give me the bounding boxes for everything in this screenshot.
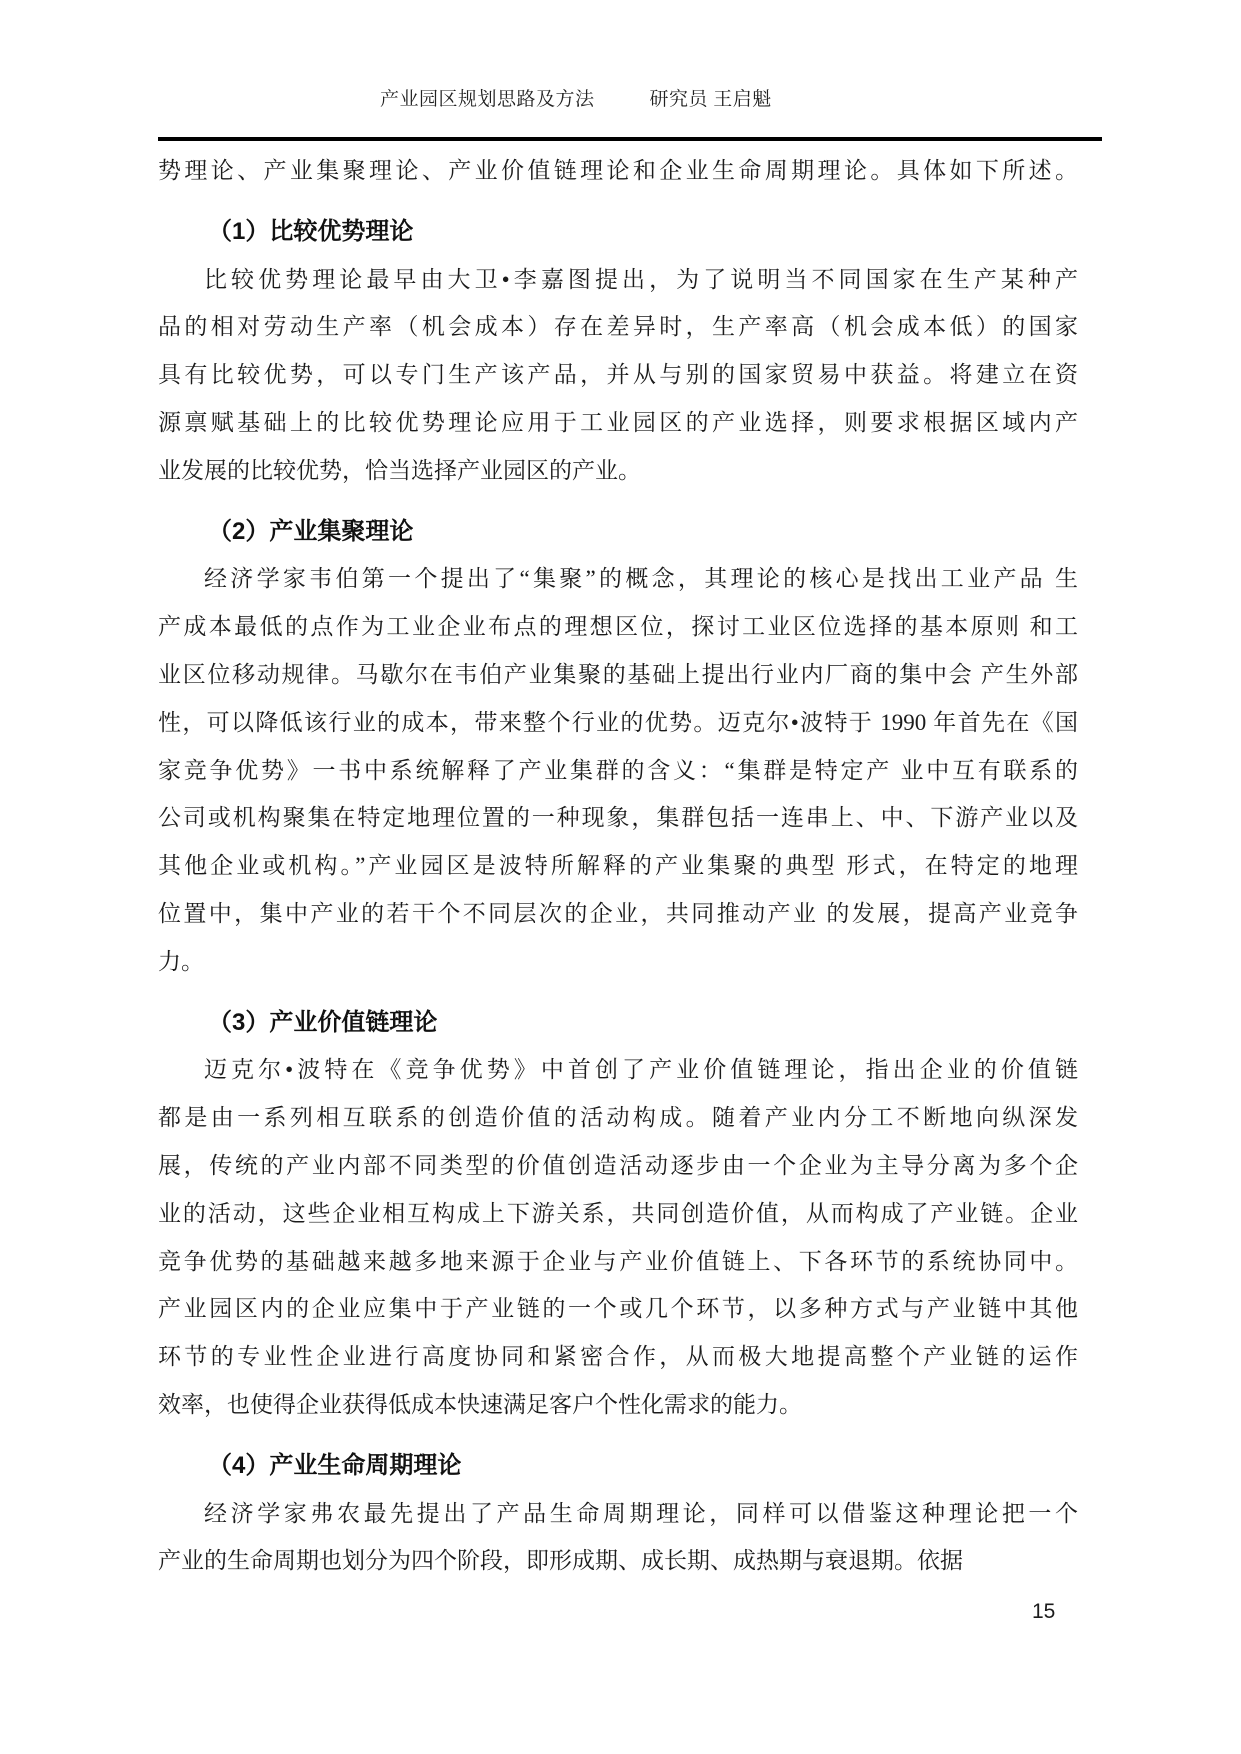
text-line: 环节的专业性企业进行高度协同和紧密合作，从而极大地提高整个产业链的运作 (158, 1333, 1078, 1381)
text-line: 力。 (158, 938, 1078, 986)
text-line: 具有比较优势，可以专门生产该产品，并从与别的国家贸易中获益。将建立在资 (158, 351, 1078, 399)
text-line: 比较优势理论最早由大卫•李嘉图提出，为了说明当不同国家在生产某种产 (158, 256, 1078, 304)
header-title: 产业园区规划思路及方法 (380, 89, 595, 110)
text-line: 业区位移动规律。马歇尔在韦伯产业集聚的基础上提出行业内厂商的集中会 产生外部 (158, 651, 1078, 699)
page-number: 15 (1032, 1600, 1055, 1624)
text-line: 经济学家弗农最先提出了产品生命周期理论，同样可以借鉴这种理论把一个 (158, 1490, 1078, 1538)
header-rule (158, 137, 1102, 141)
text-line: 展，传统的产业内部不同类型的价值创造活动逐步由一个企业为主导分离为多个企 (158, 1142, 1078, 1190)
text-line: 品的相对劳动生产率（机会成本）存在差异时，生产率高（机会成本低）的国家 (158, 303, 1078, 351)
text-line: 业发展的比较优势，恰当选择产业园区的产业。 (158, 447, 1078, 495)
section-heading: （4）产业生命周期理论 (158, 1442, 1078, 1490)
text-line: 公司或机构聚集在特定地理位置的一种现象，集群包括一连串上、中、下游产业以及 (158, 794, 1078, 842)
text-line: 产业园区内的企业应集中于产业链的一个或几个环节，以多种方式与产业链中其他 (158, 1285, 1078, 1333)
text-line: 其他企业或机构。”产业园区是波特所解释的产业集聚的典型 形式，在特定的地理 (158, 842, 1078, 890)
section-heading: （3）产业价值链理论 (158, 999, 1078, 1047)
document-page: 产业园区规划思路及方法研究员 王启魁 势理论、产业集聚理论、产业价值链理论和企业… (0, 0, 1241, 1754)
section-heading: （1）比较优势理论 (158, 208, 1078, 256)
page-header: 产业园区规划思路及方法研究员 王启魁 (380, 84, 772, 111)
text-line: 势理论、产业集聚理论、产业价值链理论和企业生命周期理论。具体如下所述。 (158, 147, 1078, 195)
text-line: 业的活动，这些企业相互构成上下游关系，共同创造价值，从而构成了产业链。企业 (158, 1190, 1078, 1238)
text-line: 竞争优势的基础越来越多地来源于企业与产业价值链上、下各环节的系统协同中。 (158, 1238, 1078, 1286)
text-line: 源禀赋基础上的比较优势理论应用于工业园区的产业选择，则要求根据区域内产 (158, 399, 1078, 447)
text-line: 效率，也使得企业获得低成本快速满足客户个性化需求的能力。 (158, 1381, 1078, 1429)
section-heading: （2）产业集聚理论 (158, 508, 1078, 556)
text-line: 经济学家韦伯第一个提出了“集聚”的概念，其理论的核心是找出工业产品 生 (158, 555, 1078, 603)
text-line: 性，可以降低该行业的成本，带来整个行业的优势。迈克尔•波特于 1990 年首先在… (158, 699, 1078, 747)
text-line: 家竞争优势》一书中系统解释了产业集群的含义：“集群是特定产 业中互有联系的 (158, 747, 1078, 795)
text-line: 都是由一系列相互联系的创造价值的活动构成。随着产业内分工不断地向纵深发 (158, 1094, 1078, 1142)
text-line: 产业的生命周期也划分为四个阶段，即形成期、成长期、成热期与衰退期。依据 (158, 1537, 1078, 1585)
text-line: 产成本最低的点作为工业企业布点的理想区位，探讨工业区位选择的基本原则 和工 (158, 603, 1078, 651)
text-line: 位置中，集中产业的若干个不同层次的企业，共同推动产业 的发展，提高产业竞争 (158, 890, 1078, 938)
header-author: 研究员 王启魁 (650, 89, 772, 110)
document-body: 势理论、产业集聚理论、产业价值链理论和企业生命周期理论。具体如下所述。（1）比较… (158, 147, 1078, 1585)
text-line: 迈克尔•波特在《竞争优势》中首创了产业价值链理论，指出企业的价值链 (158, 1046, 1078, 1094)
